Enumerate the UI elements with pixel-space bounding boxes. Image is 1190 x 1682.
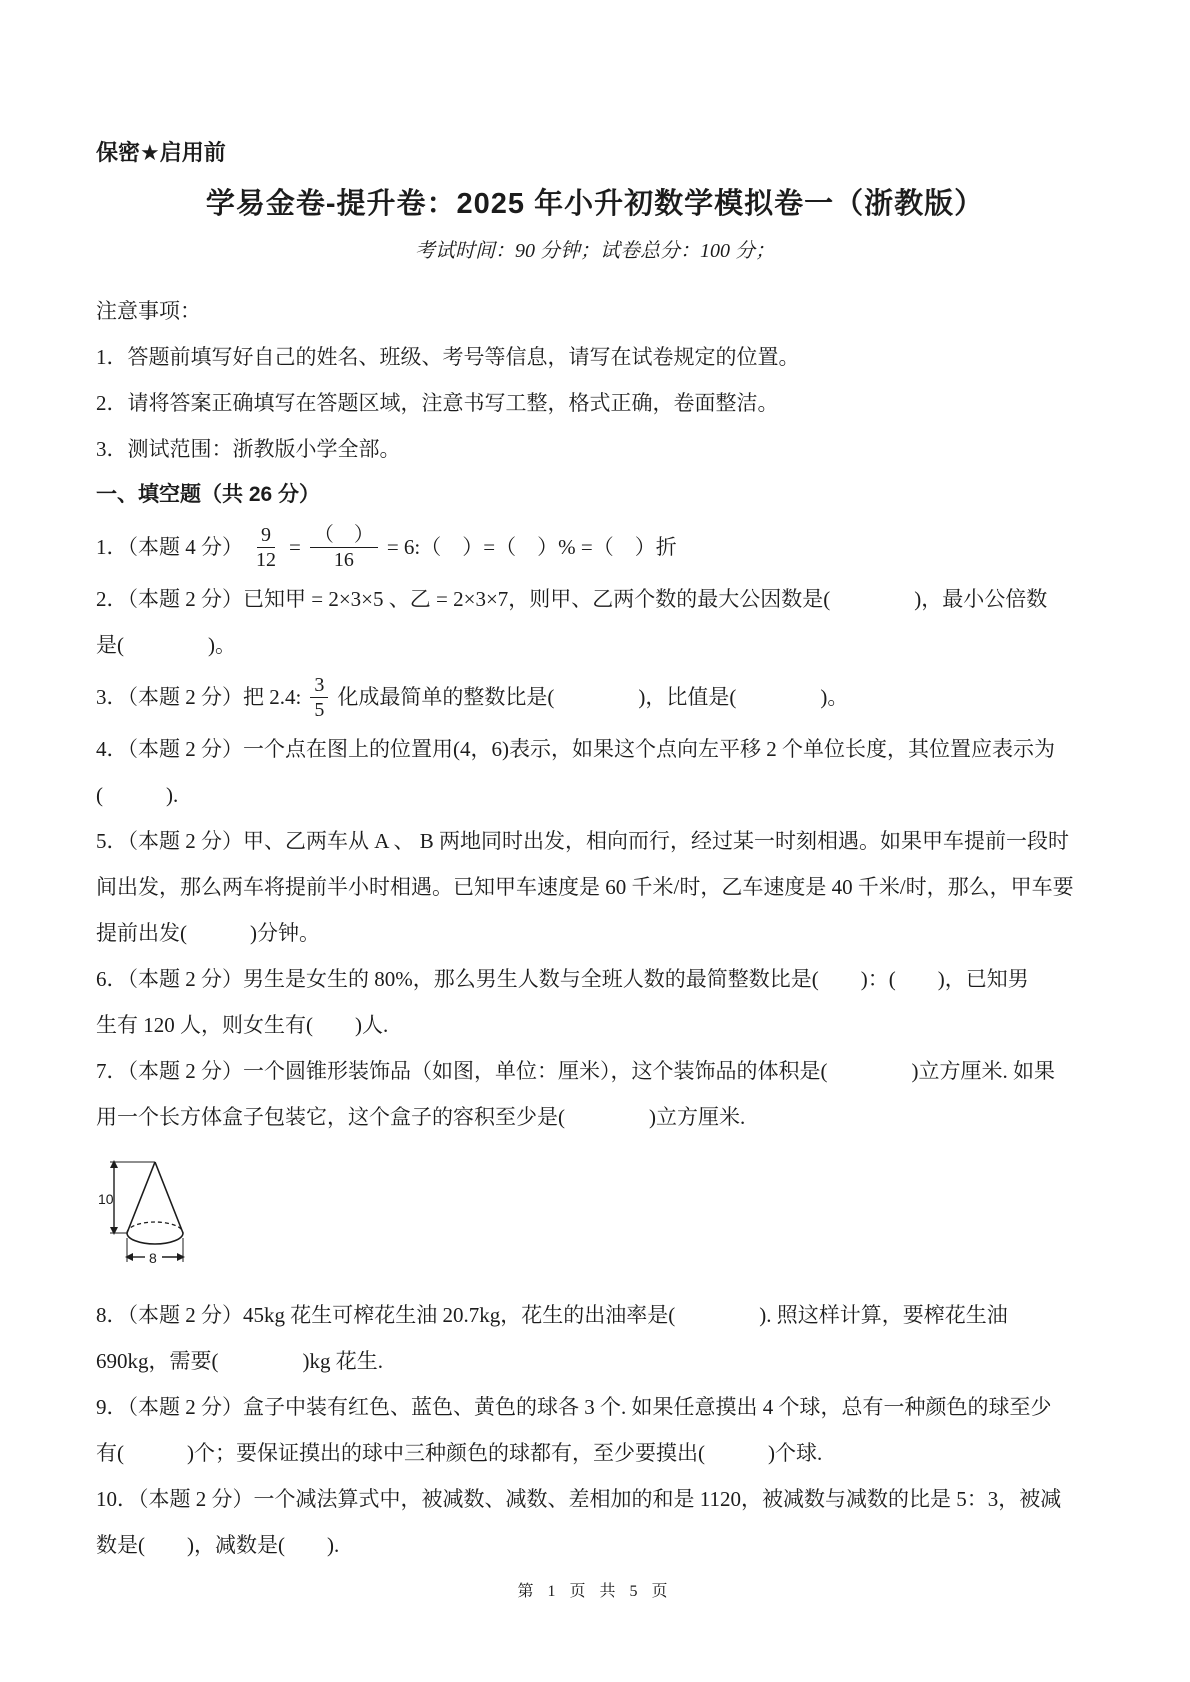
equals-sign: = bbox=[289, 533, 301, 561]
fraction-numerator: （ ） bbox=[310, 523, 378, 548]
question-6-line-2: 生有 120 人，则女生有( )人. bbox=[96, 1002, 1094, 1048]
question-8-line-1: 8．（本题 2 分）45kg 花生可榨花生油 20.7kg，花生的出油率是( )… bbox=[96, 1292, 1094, 1338]
question-5-line-2: 间出发，那么两车将提前半小时相遇。已知甲车速度是 60 千米/时，乙车速度是 4… bbox=[96, 864, 1094, 910]
fraction-3-5: 3 5 bbox=[310, 673, 328, 722]
cone-figure: 10 8 bbox=[98, 1154, 1094, 1276]
question-1-prefix: 1．（本题 4 分） bbox=[96, 533, 243, 561]
question-6-line-1: 6．（本题 2 分）男生是女生的 80%，那么男生人数与全班人数的最简整数比是(… bbox=[96, 956, 1094, 1002]
exam-info: 考试时间：90 分钟；试卷总分：100 分； bbox=[96, 236, 1094, 266]
fraction-denominator: 5 bbox=[310, 698, 328, 722]
fraction-numerator: 9 bbox=[257, 523, 275, 548]
page-number-footer: 第 1 页 共 5 页 bbox=[0, 1578, 1190, 1601]
question-10-line-1: 10．（本题 2 分）一个减法算式中，被减数、减数、差相加的和是 1120，被减… bbox=[96, 1476, 1094, 1522]
notice-item-3: 3．测试范围：浙教版小学全部。 bbox=[96, 426, 1094, 472]
question-2-line-2: 是( )。 bbox=[96, 622, 1094, 668]
question-9-line-2: 有( )个；要保证摸出的球中三种颜色的球都有，至少要摸出( )个球. bbox=[96, 1430, 1094, 1476]
fraction-blank-16: （ ） 16 bbox=[310, 523, 378, 572]
question-3-prefix: 3．（本题 2 分）把 2.4: bbox=[96, 683, 301, 711]
question-3: 3．（本题 2 分）把 2.4: 3 5 化成最简单的整数比是( )，比值是( … bbox=[96, 668, 1094, 726]
secrecy-label: 保密★启用前 bbox=[96, 138, 1094, 168]
cone-diagram: 10 8 bbox=[98, 1154, 228, 1276]
question-5-line-1: 5．（本题 2 分）甲、乙两车从 A 、 B 两地同时出发，相向而行，经过某一时… bbox=[96, 818, 1094, 864]
notice-item-1: 1．答题前填写好自己的姓名、班级、考号等信息，请写在试卷规定的位置。 bbox=[96, 334, 1094, 380]
fraction-denominator: 16 bbox=[330, 548, 358, 572]
cone-height-label: 10 bbox=[98, 1191, 114, 1207]
fraction-9-12: 9 12 bbox=[252, 523, 280, 572]
question-4-line-2: ( ). bbox=[96, 772, 1094, 818]
question-8-line-2: 690kg，需要( )kg 花生. bbox=[96, 1338, 1094, 1384]
cone-base-label: 8 bbox=[149, 1250, 157, 1266]
fraction-numerator: 3 bbox=[310, 673, 328, 698]
question-4-line-1: 4．（本题 2 分）一个点在图上的位置用(4，6)表示，如果这个点向左平移 2 … bbox=[96, 726, 1094, 772]
exam-paper-page: 保密★启用前 学易金卷-提升卷：2025 年小升初数学模拟卷一（浙教版） 考试时… bbox=[0, 0, 1190, 1682]
question-7-line-2: 用一个长方体盒子包装它，这个盒子的容积至少是( )立方厘米. bbox=[96, 1094, 1094, 1140]
question-5-line-3: 提前出发( )分钟。 bbox=[96, 910, 1094, 956]
question-1-rest: = 6:（ ）=（ ）% =（ ）折 bbox=[387, 533, 677, 561]
question-7-line-1: 7．（本题 2 分）一个圆锥形装饰品（如图，单位：厘米），这个装饰品的体积是( … bbox=[96, 1048, 1094, 1094]
notice-item-2: 2．请将答案正确填写在答题区域，注意书写工整，格式正确，卷面整洁。 bbox=[96, 380, 1094, 426]
question-3-rest: 化成最简单的整数比是( )，比值是( )。 bbox=[337, 683, 848, 711]
question-10-line-2: 数是( )，减数是( ). bbox=[96, 1522, 1094, 1568]
question-9-line-1: 9．（本题 2 分）盒子中装有红色、蓝色、黄色的球各 3 个. 如果任意摸出 4… bbox=[96, 1384, 1094, 1430]
question-1: 1．（本题 4 分） 9 12 = （ ） 16 = 6:（ ）=（ ）% =（… bbox=[96, 518, 1094, 576]
question-2-line-1: 2．（本题 2 分）已知甲 = 2×3×5 、乙 = 2×3×7，则甲、乙两个数… bbox=[96, 576, 1094, 622]
page-title: 学易金卷-提升卷：2025 年小升初数学模拟卷一（浙教版） bbox=[96, 184, 1094, 224]
notice-header: 注意事项： bbox=[96, 288, 1094, 334]
fraction-denominator: 12 bbox=[252, 548, 280, 572]
section-header-fill-blanks: 一、填空题（共 26 分） bbox=[96, 472, 1094, 518]
